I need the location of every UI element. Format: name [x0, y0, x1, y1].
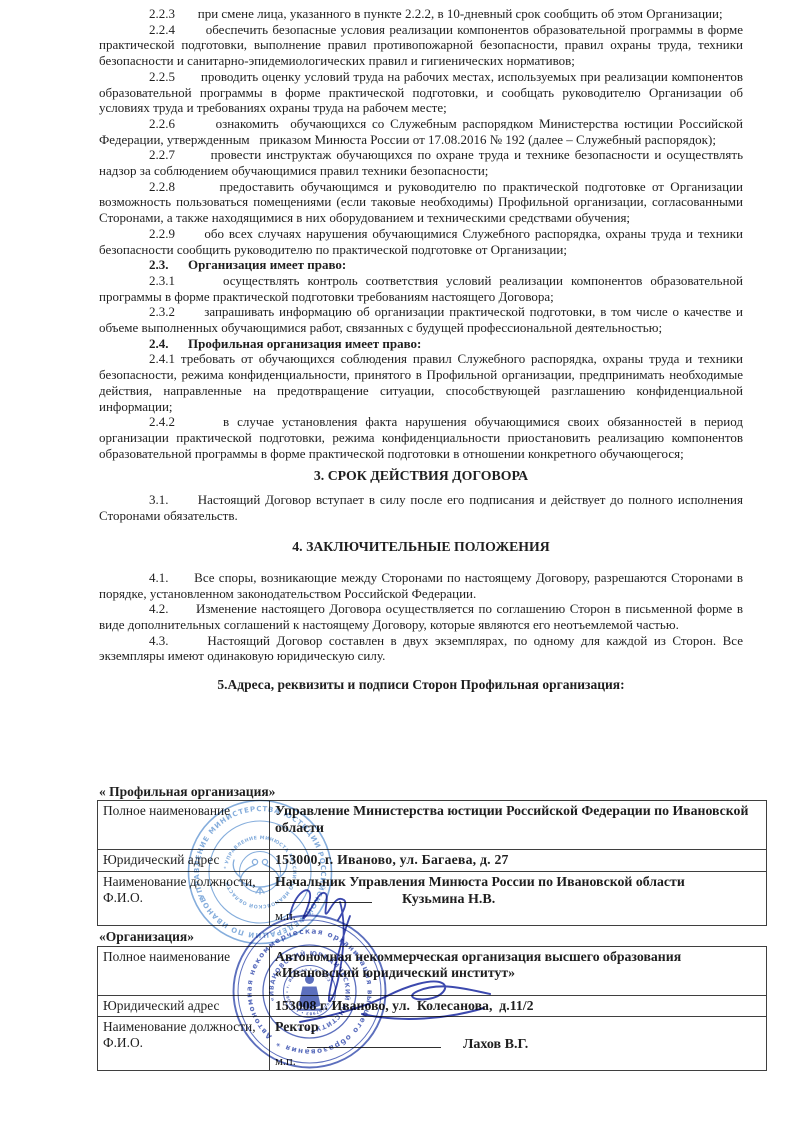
clause-2-4: 2.4. Профильная организация имеет право:: [99, 336, 743, 352]
section-5-heading: 5.Адреса, реквизиты и подписи Сторон Про…: [99, 677, 743, 693]
section-4-heading: 4. ЗАКЛЮЧИТЕЛЬНЫЕ ПОЛОЖЕНИЯ: [99, 539, 743, 555]
clause-2-3-1: 2.3.1 осуществлять контроль соответствия…: [99, 273, 743, 304]
lakhov-signature: [292, 976, 497, 1031]
clause-4-3: 4.3. Настоящий Договор составлен в двух …: [99, 633, 743, 664]
party1-signer-name: Кузьмина Н.В.: [402, 892, 495, 907]
clause-3-1: 3.1. Настоящий Договор вступает в силу п…: [99, 492, 743, 523]
party1-full-name: Управление Министерства юстиции Российск…: [270, 801, 767, 850]
clause-2-4-1: 2.4.1 требовать от обучающихся соблюдени…: [99, 351, 743, 414]
clause-2-4-2: 2.4.2 в случае установления факта наруше…: [99, 414, 743, 461]
party1-label: « Профильная организация»: [99, 784, 742, 799]
party1-address: 153000, г. Иваново, ул. Багаева, д. 27: [270, 850, 767, 872]
clause-4-2: 4.2. Изменение настоящего Договора осуще…: [99, 601, 743, 632]
clause-2-2-7: 2.2.7 провести инструктаж обучающихся по…: [99, 147, 743, 178]
clause-4-1: 4.1. Все споры, возникающие между Сторон…: [99, 570, 743, 601]
clause-2-2-3: 2.2.3 при смене лица, указанного в пункт…: [99, 6, 743, 22]
party2-signer-name: Лахов В.Г.: [463, 1037, 528, 1052]
section-3-heading: 3. СРОК ДЕЙСТВИЯ ДОГОВОРА: [99, 468, 743, 484]
clause-2-3-2: 2.3.2 запрашивать информацию об организа…: [99, 304, 743, 335]
clause-2-2-6: 2.2.6 ознакомить обучающихся со Служебны…: [99, 116, 743, 147]
contract-page: 2.2.3 при смене лица, указанного в пункт…: [0, 0, 795, 1123]
contract-body: 2.2.3 при смене лица, указанного в пункт…: [99, 6, 743, 693]
clause-2-2-5: 2.2.5 проводить оценку условий труда на …: [99, 69, 743, 116]
clause-2-2-4: 2.2.4 обеспечить безопасные условия реал…: [99, 22, 743, 69]
clause-2-2-9: 2.2.9 обо всех случаях нарушения обучающ…: [99, 226, 743, 257]
clause-2-2-8: 2.2.8 предоставить обучающимся и руковод…: [99, 179, 743, 226]
clause-2-3: 2.3. Организация имеет право:: [99, 257, 743, 273]
